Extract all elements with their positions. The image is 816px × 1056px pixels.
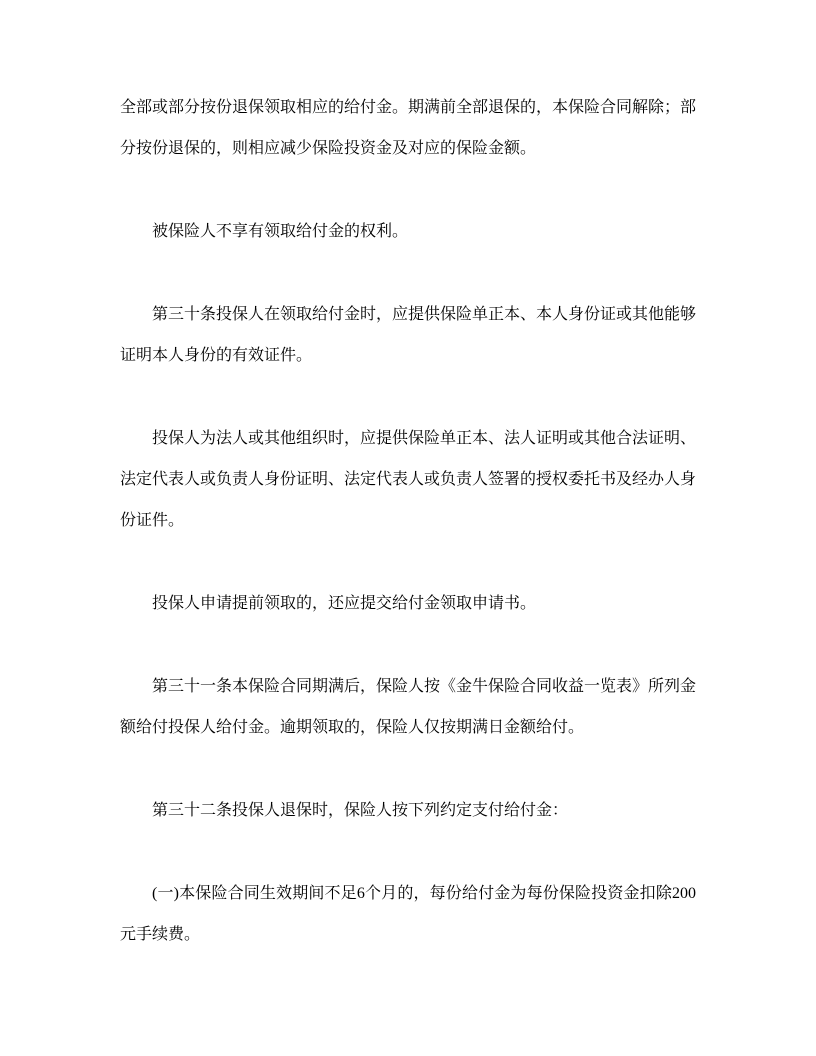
paragraph: 被保险人不享有领取给付金的权利。 bbox=[120, 211, 696, 252]
paragraph: 投保人为法人或其他组织时，应提供保险单正本、法人证明或其他合法证明、法定代表人或… bbox=[120, 418, 696, 541]
paragraph: 第三十二条投保人退保时，保险人按下列约定支付给付金： bbox=[120, 790, 696, 831]
paragraph: 第三十一条本保险合同期满后，保险人按《金牛保险合同收益一览表》所列金额给付投保人… bbox=[120, 666, 696, 748]
paragraph: 投保人申请提前领取的，还应提交给付金领取申请书。 bbox=[120, 583, 696, 624]
paragraph: (一)本保险合同生效期间不足6个月的，每份给付金为每份保险投资金扣除200元手续… bbox=[120, 873, 696, 955]
paragraph: 第三十条投保人在领取给付金时，应提供保险单正本、本人身份证或其他能够证明本人身份… bbox=[120, 294, 696, 376]
paragraph: 全部或部分按份退保领取相应的给付金。期满前全部退保的，本保险合同解除；部分按份退… bbox=[120, 87, 696, 169]
document-page: 全部或部分按份退保领取相应的给付金。期满前全部退保的，本保险合同解除；部分按份退… bbox=[0, 0, 816, 1056]
document-content: 全部或部分按份退保领取相应的给付金。期满前全部退保的，本保险合同解除；部分按份退… bbox=[120, 87, 696, 997]
